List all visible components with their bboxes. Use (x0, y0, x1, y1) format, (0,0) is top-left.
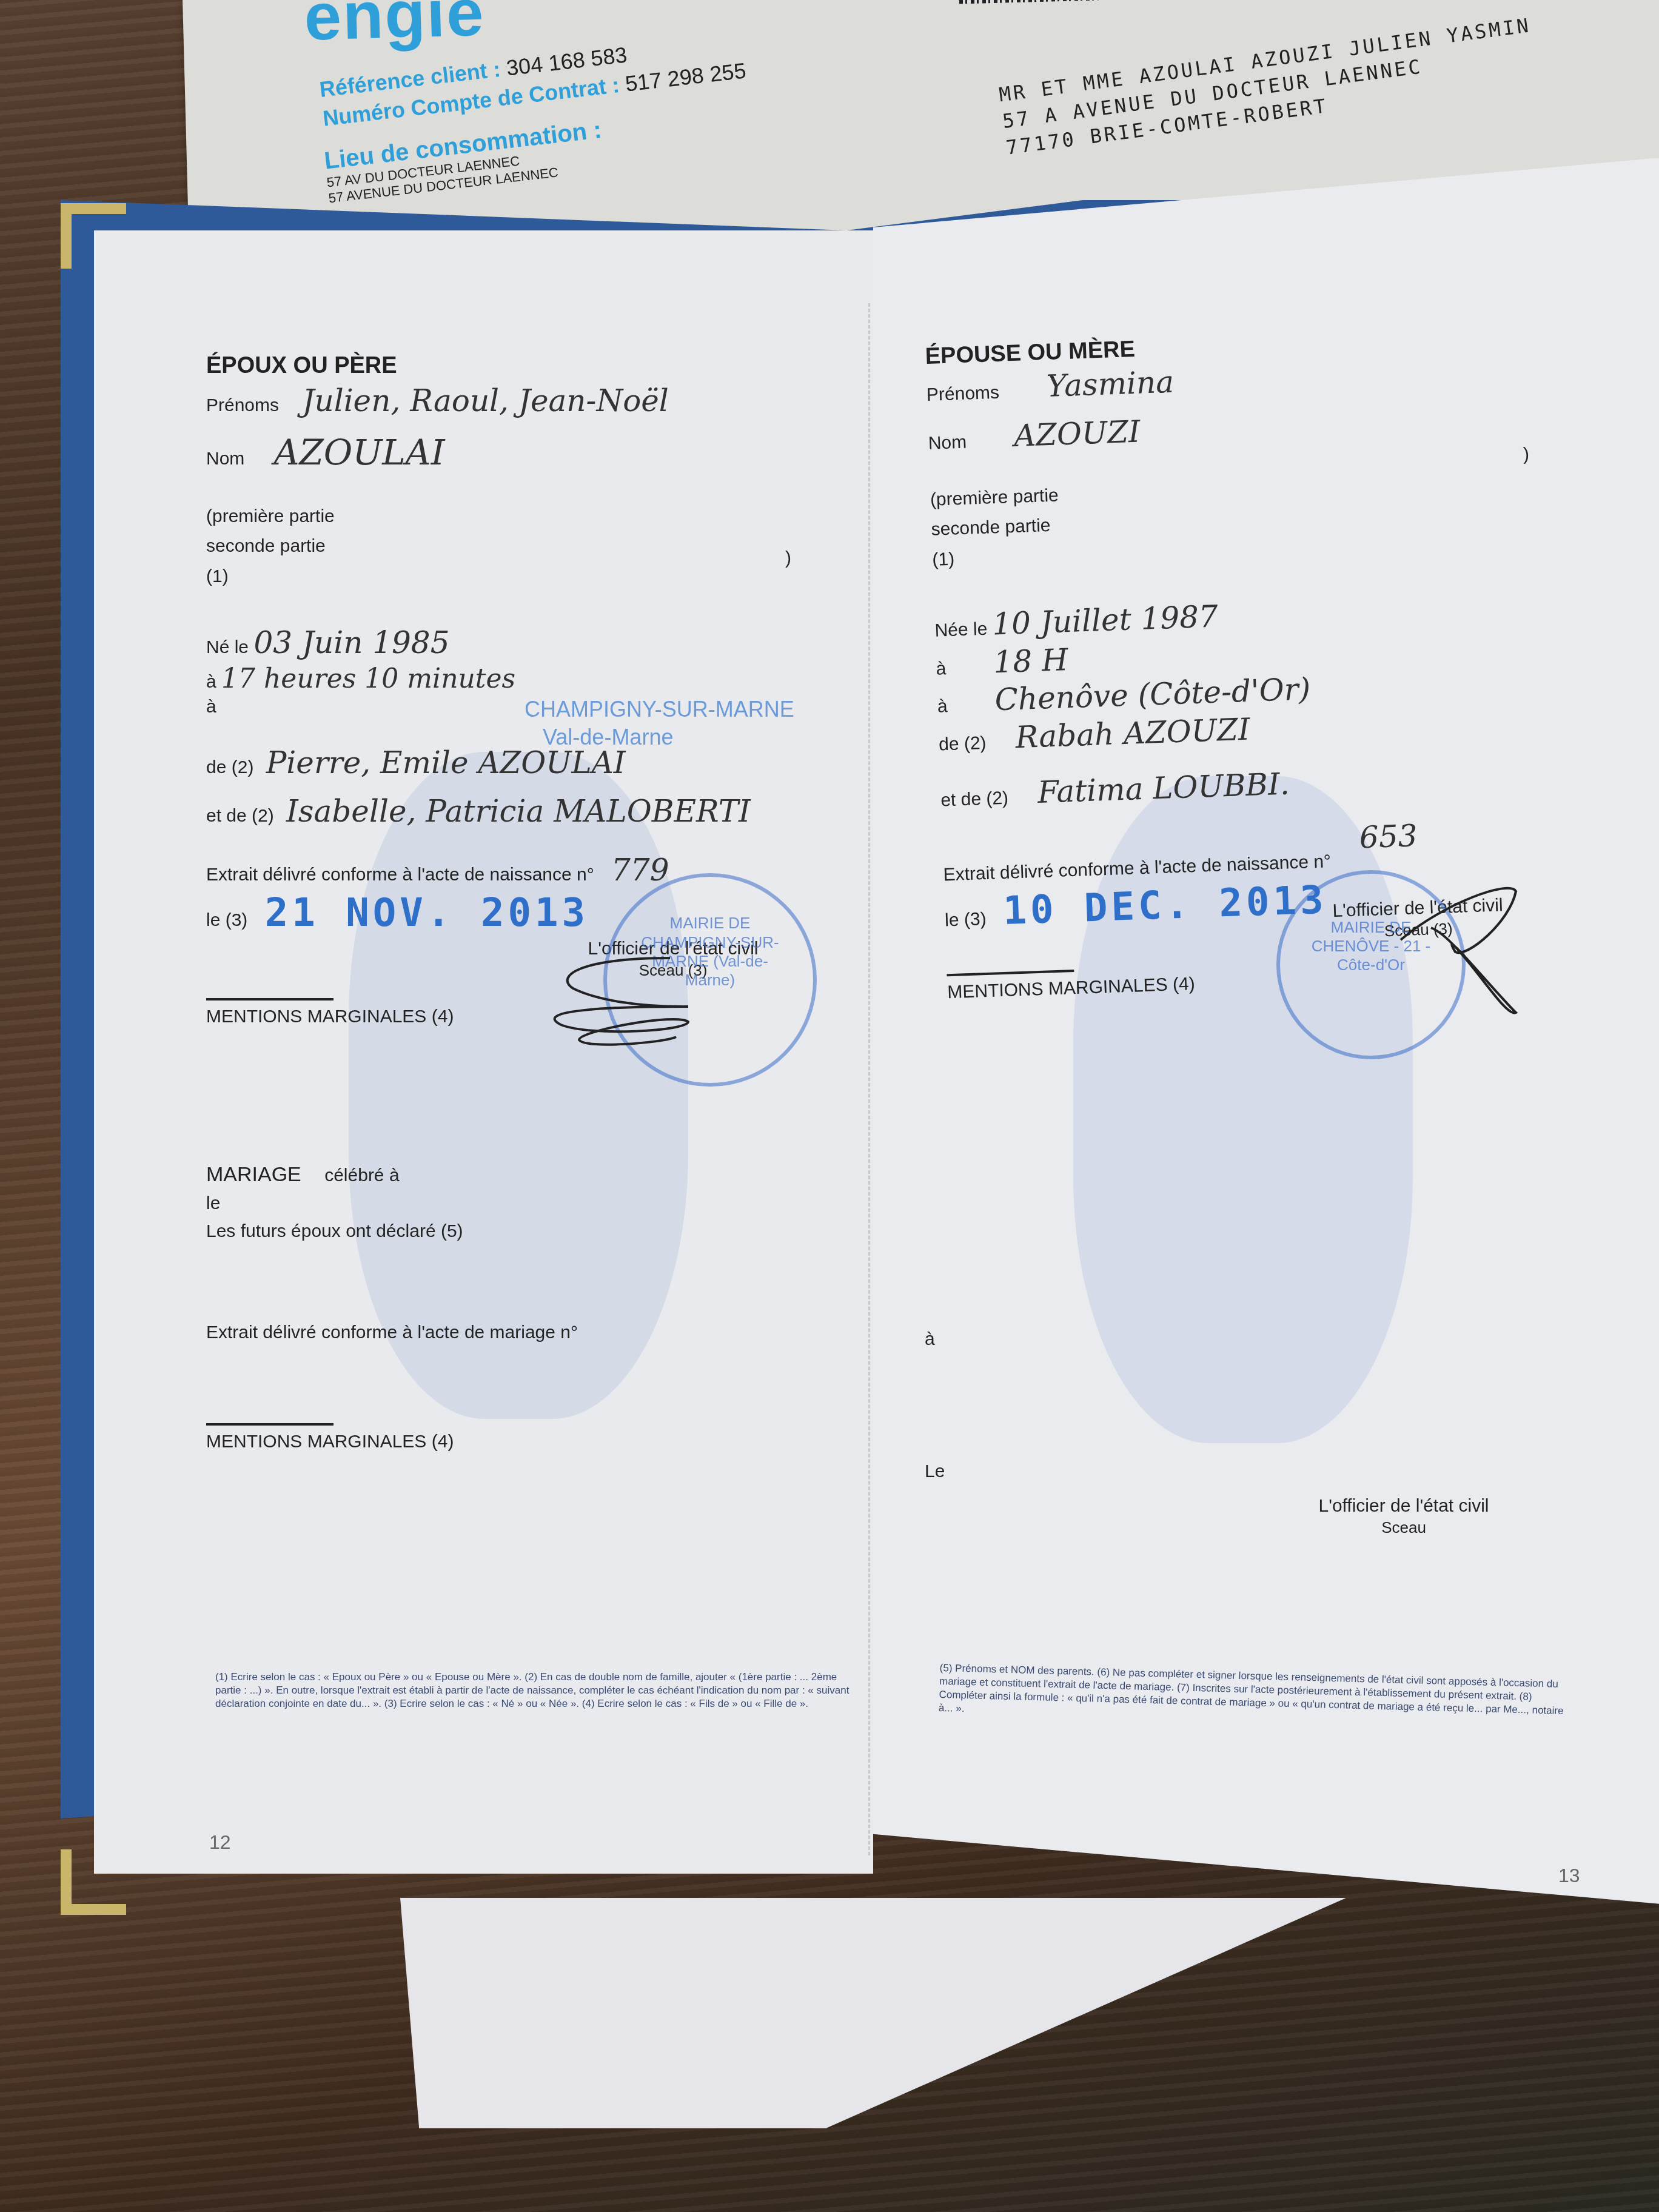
issue-date-stamp: 10 DEC. 2013 (1002, 877, 1328, 934)
partie-close: ) (785, 547, 791, 570)
left-footnote: (1) Ecrire selon le cas : « Epoux ou Pèr… (215, 1671, 852, 1711)
de-label: de (2) (939, 732, 987, 754)
partie-note: (1) (206, 566, 229, 586)
nee-le-value: 10 Juillet 1987 (991, 598, 1218, 642)
mentions2-label: MENTIONS MARGINALES (4) (206, 1430, 861, 1453)
issue-date-stamp: 21 NOV. 2013 (265, 891, 589, 936)
nom-label: Nom (206, 449, 244, 469)
le-label: le (3) (945, 909, 987, 930)
a2-label: à (937, 696, 948, 717)
extrait-mariage-label: Extrait délivré conforme à l'acte de mar… (206, 1321, 861, 1344)
de-label: de (2) (206, 757, 253, 777)
a1-label: à (936, 659, 947, 679)
sceau2-label: Sceau (1301, 1518, 1507, 1538)
et-de-label: et de (2) (940, 788, 1009, 811)
department-stamp: Val-de-Marne (543, 723, 673, 751)
officer-signature (1395, 867, 1528, 1025)
partie-1: (première partie (206, 505, 861, 528)
partie-2: seconde partie (206, 535, 861, 558)
section-header: ÉPOUX OU PÈRE (206, 352, 861, 381)
nom-label: Nom (928, 432, 967, 454)
le-label: le (3) (206, 910, 247, 930)
extrait-label: Extrait délivré conforme à l'acte de nai… (206, 865, 594, 885)
nom-value: AZOUZI (1013, 414, 1141, 454)
spouse-section: ÉPOUSE OU MÈRE Prénoms Yasmina Nom AZOUZ… (925, 318, 1644, 1004)
officer-signature (543, 952, 737, 1049)
nom-value: AZOULAI (274, 432, 445, 473)
ne-le-value: 03 Juin 1985 (253, 625, 449, 660)
mariage-a-label: à (925, 1328, 1622, 1351)
marriage-section: à Le L'officier de l'état civil Sceau (925, 1328, 1622, 1537)
divider (947, 970, 1074, 976)
birthplace-stamp: CHAMPIGNY-SUR-MARNE (525, 695, 794, 723)
divider (206, 998, 333, 1000)
page-number: 13 (1558, 1865, 1580, 1887)
birth-act-number: 653 (1359, 818, 1418, 855)
nee-le-label: Née le (934, 619, 988, 641)
mariage-le-label: Le (925, 1460, 1622, 1483)
ne-le-label: Né le (206, 637, 249, 657)
partie-note: (1) (932, 549, 955, 569)
father-name: Rabah AZOUZI (1015, 711, 1251, 754)
birth-act-number: 779 (611, 853, 669, 888)
a1-value: 18 H (993, 642, 1068, 680)
et-de-label: et de (2) (206, 806, 274, 826)
mother-name: Isabelle, Patricia MALOBERTI (286, 794, 751, 829)
a1-value: 17 heures 10 minutes (221, 663, 515, 694)
a2-label: à (206, 697, 216, 717)
partie-close: ) (1523, 443, 1529, 466)
consumption-place: Lieu de consommation : 57 AV DU DOCTEUR … (323, 116, 607, 206)
celebre-label: célébré à (324, 1165, 399, 1185)
prenoms-label: Prénoms (206, 395, 279, 415)
recipient-address: MR ET MME AZOULAI AZOUZI JULIEN YASMIN 5… (997, 12, 1540, 161)
right-footnote: (5) Prénoms et NOM des parents. (6) Ne p… (939, 1661, 1577, 1732)
mariage-label: MARIAGE (206, 1163, 301, 1186)
right-page: ÉPOUSE OU MÈRE Prénoms Yasmina Nom AZOUZ… (873, 158, 1659, 1904)
engie-logo: engie (303, 0, 486, 56)
prenoms-value: Julien, Raoul, Jean-Noël (302, 383, 668, 418)
page-number: 12 (209, 1831, 231, 1854)
mariage-le-label: le (206, 1192, 861, 1215)
futurs-label: Les futurs époux ont déclaré (5) (206, 1220, 861, 1243)
divider (206, 1423, 333, 1426)
left-page: ÉPOUX OU PÈRE Prénoms Julien, Raoul, Jea… (94, 230, 873, 1874)
a1-label: à (206, 672, 216, 692)
datamatrix-code (958, 0, 1098, 4)
prenoms-value: Yasmina (1046, 364, 1175, 403)
officier2-label: L'officier de l'état civil (1301, 1495, 1507, 1518)
mother-name: Fatima LOUBBI. (1037, 766, 1290, 809)
prenoms-label: Prénoms (926, 382, 999, 404)
